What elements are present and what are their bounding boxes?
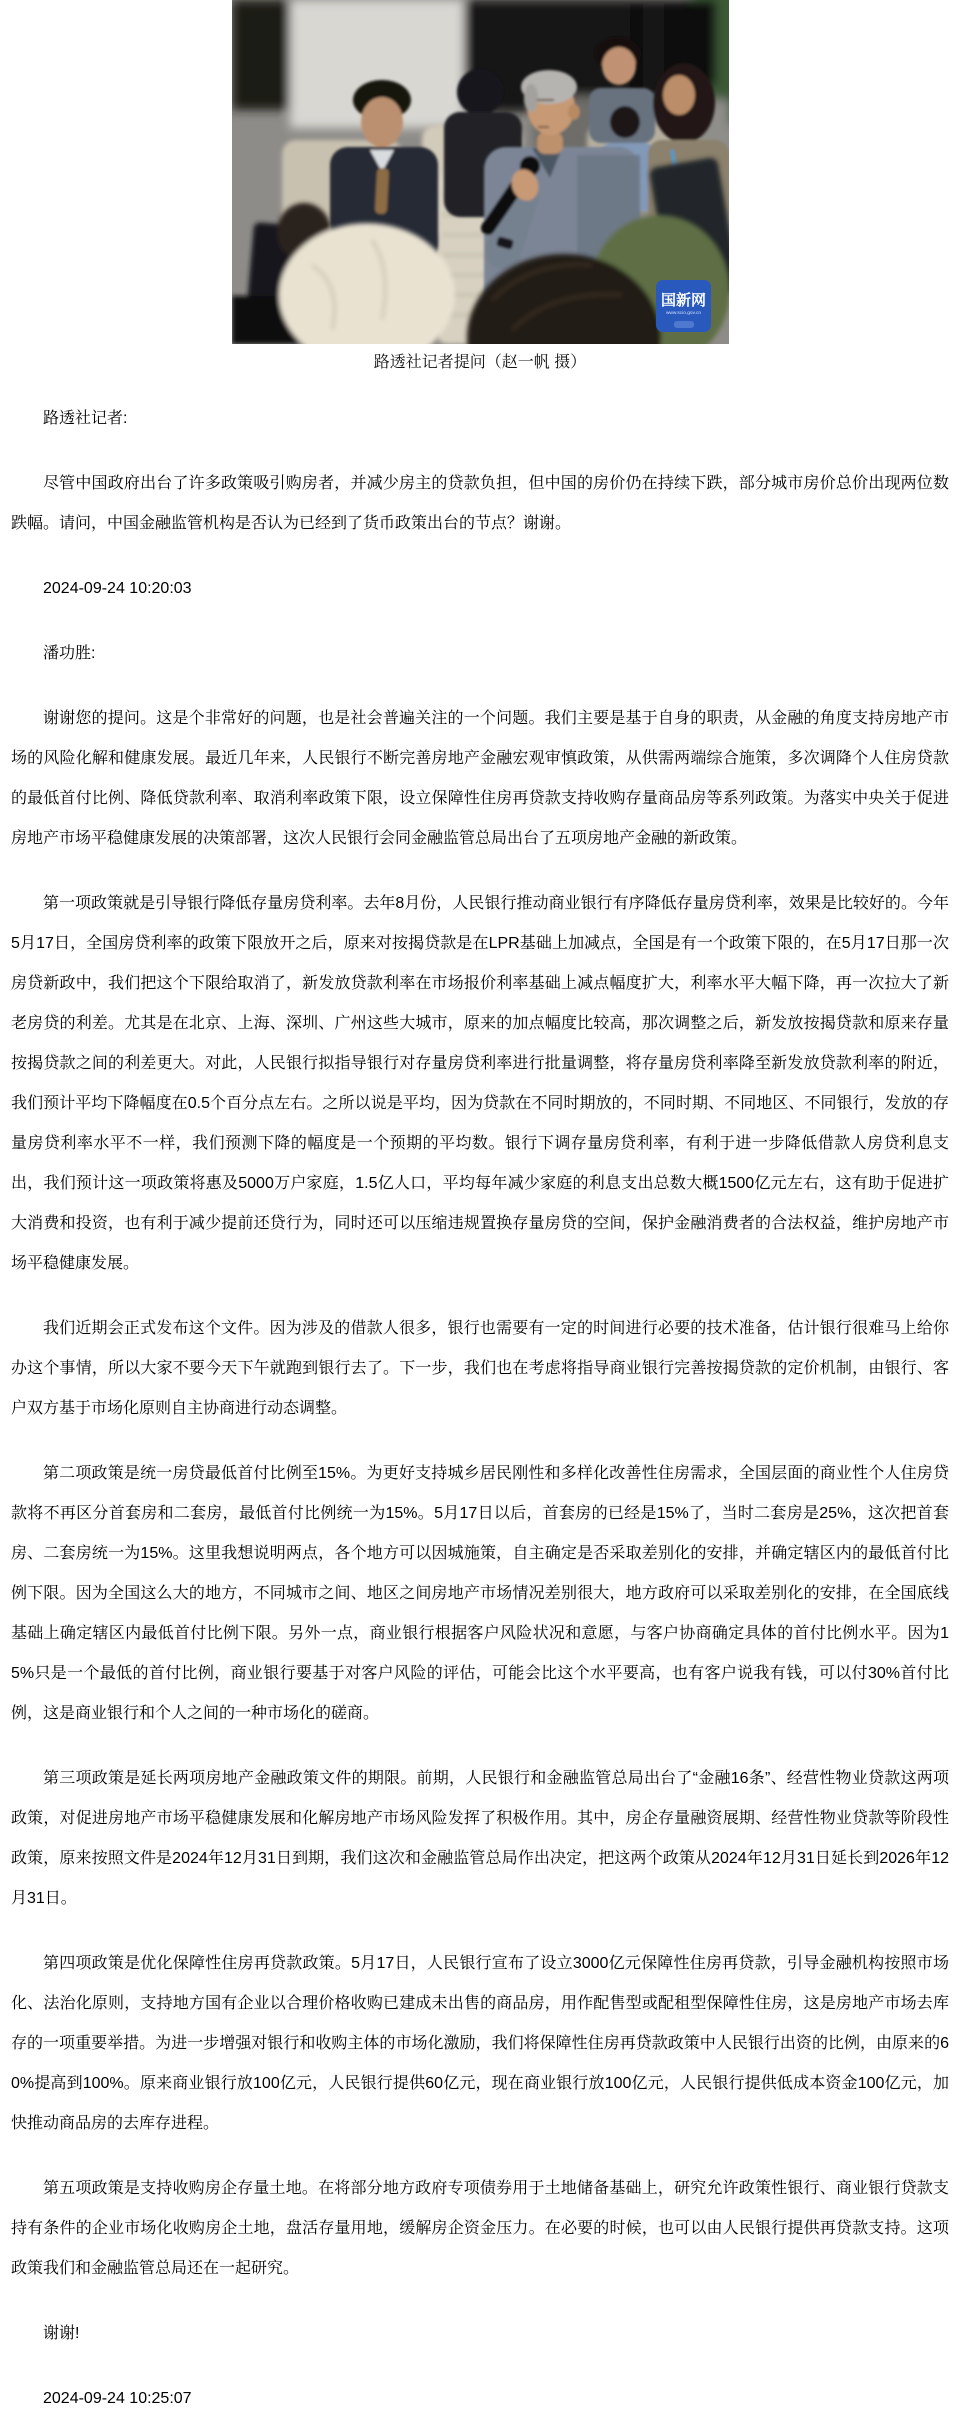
scio-watermark-logo: 国新网 www.scio.gov.cn [656,280,711,332]
paragraph: 第三项政策是延长两项房地产金融政策文件的期限。前期，人民银行和金融监管总局出台了… [11,1759,949,1919]
paragraph: 谢谢! [11,2314,949,2354]
paragraph: 第五项政策是支持收购房企存量土地。在将部分地方政府专项债券用于土地储备基础上，研… [11,2169,949,2289]
timestamp: 2024-09-24 10:20:03 [11,569,949,609]
press-photo: 国新网 www.scio.gov.cn [232,0,729,344]
paragraph: 尽管中国政府出台了许多政策吸引购房者，并减少房主的贷款负担，但中国的房价仍在持续… [11,464,949,544]
speaker-label: 路透社记者: [11,399,949,439]
watermark-url: www.scio.gov.cn [665,310,700,316]
paragraph: 我们近期会正式发布这个文件。因为涉及的借款人很多，银行也需要有一定的时间进行必要… [11,1309,949,1429]
watermark-title: 国新网 [660,291,705,309]
paragraph: 第四项政策是优化保障性住房再贷款政策。5月17日，人民银行宣布了设立3000亿元… [11,1944,949,2144]
speaker-label: 潘功胜: [11,634,949,674]
article-page: 国新网 www.scio.gov.cn 路透社记者提问（赵一帆 摄） 路透社记者… [0,0,960,2419]
paragraph: 谢谢您的提问。这是个非常好的问题，也是社会普遍关注的一个问题。我们主要是基于自身… [11,699,949,859]
paragraph: 第一项政策就是引导银行降低存量房贷利率。去年8月份，人民银行推动商业银行有序降低… [11,884,949,1284]
photo-caption: 路透社记者提问（赵一帆 摄） [0,352,960,374]
timestamp: 2024-09-24 10:25:07 [11,2379,949,2419]
transcript: 路透社记者:尽管中国政府出台了许多政策吸引购房者，并减少房主的贷款负担，但中国的… [0,399,960,2419]
paragraph: 第二项政策是统一房贷最低首付比例至15%。为更好支持城乡居民刚性和多样化改善性住… [11,1454,949,1734]
article-photo: 国新网 www.scio.gov.cn [0,0,960,344]
